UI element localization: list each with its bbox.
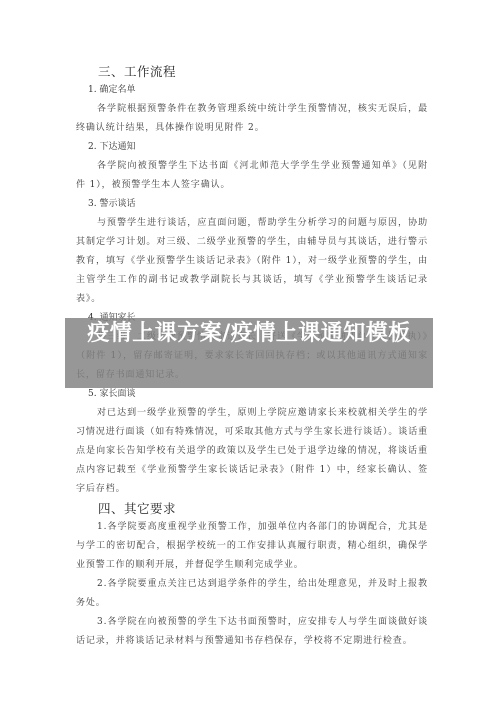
document-page: 三、工作流程 1. 确定名单 各学院根据预警条件在教务管理系统中统计学生预警情况… <box>0 0 500 706</box>
step-heading-issue-notice: 2. 下达通知 <box>88 138 428 157</box>
step-heading-warning-talk: 3. 警示谈话 <box>88 195 428 214</box>
requirement-paragraph: 3.各学院在向被预警的学生下达书面预警时，应安排专人与学生面谈做好谈话记录，并将… <box>76 613 428 651</box>
requirement-paragraph: 1.各学院要高度重视学业预警工作，加强单位内各部门的协调配合，尤其是与学工的密切… <box>76 518 428 575</box>
step-paragraph: 与预警学生进行谈话，应直面问题，帮助学生分析学习的问题与原因，协助其制定学习计划… <box>76 214 428 309</box>
step-paragraph: 对已达到一级学业预警的学生，原则上学院应邀请家长来校就相关学生的学习情况进行面谈… <box>76 404 428 499</box>
overlay-title: 疫情上课方案/疫情上课通知模板 <box>65 320 433 347</box>
requirement-paragraph: 2.各学院要重点关注已达到退学条件的学生，给出处理意见，并及时上报教务处。 <box>76 575 428 613</box>
section-heading-other-requirements: 四、其它要求 <box>98 499 428 518</box>
title-overlay-banner: 疫情上课方案/疫情上课通知模板 <box>65 318 433 388</box>
step-paragraph: 各学院根据预警条件在教务管理系统中统计学生预警情况，核实无误后，最终确认统计结果… <box>76 100 428 138</box>
step-heading-confirm-list: 1. 确定名单 <box>88 81 428 100</box>
section-heading-workflow: 三、工作流程 <box>98 62 428 81</box>
step-paragraph: 各学院向被预警学生下达书面《河北师范大学学生学业预警通知单》（见附件 1），被预… <box>76 157 428 195</box>
